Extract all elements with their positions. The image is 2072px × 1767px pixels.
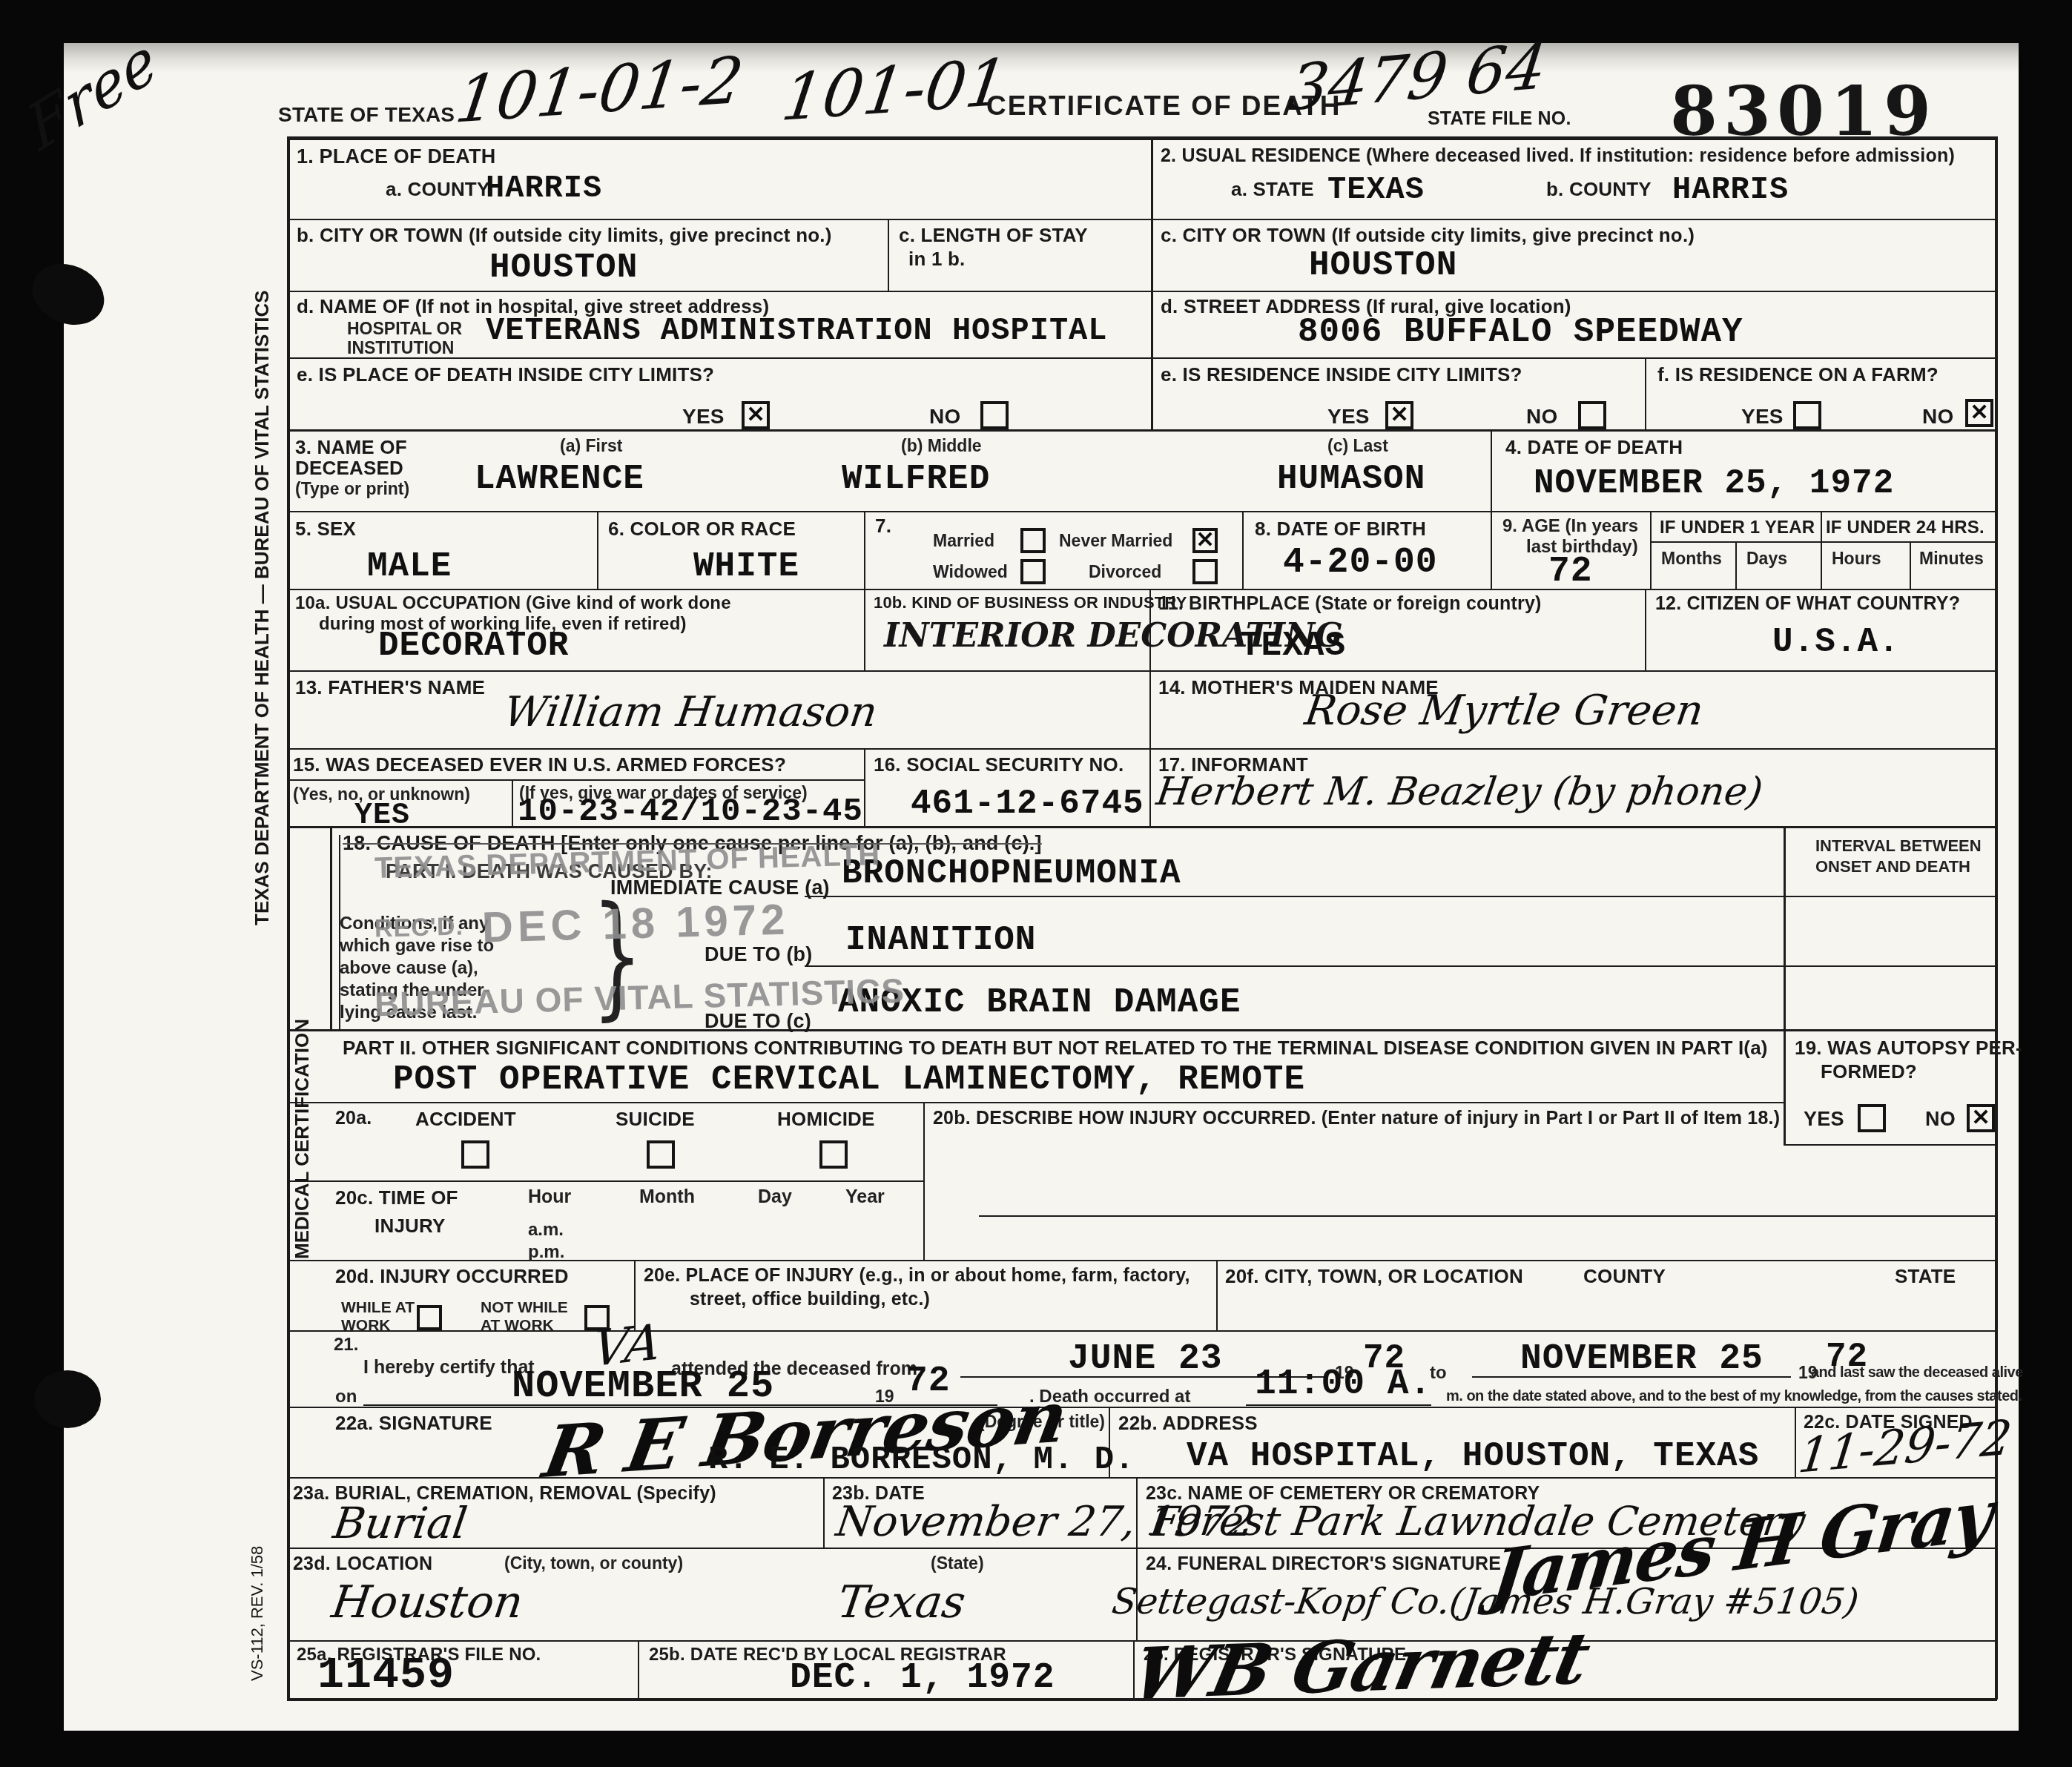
checkbox-death-city-limits-yes	[742, 401, 770, 429]
grid-line	[1645, 357, 1646, 430]
residence-city-value: HOUSTON	[1309, 246, 1457, 285]
yes-label: YES	[1327, 405, 1370, 429]
signature-label: 22a. SIGNATURE	[335, 1412, 492, 1435]
county-value: HARRIS	[486, 171, 602, 206]
stamp-recd-label: REC'D.	[375, 912, 464, 943]
checkbox-suicide	[647, 1140, 675, 1169]
grid-line	[287, 291, 1997, 292]
state-sublabel: (State)	[931, 1553, 984, 1573]
film-edge-bottom	[0, 1731, 2072, 1767]
grid-line	[287, 511, 1997, 512]
grid-line	[597, 511, 598, 589]
checkbox-while-at-work	[417, 1305, 442, 1330]
grid-line	[287, 1029, 1997, 1031]
grid-line	[287, 136, 290, 1700]
physician-address-value: VA HOSPITAL, HOUSTON, TEXAS	[1187, 1437, 1759, 1476]
city-label: b. CITY OR TOWN (If outside city limits,…	[297, 224, 832, 247]
checkbox-death-city-limits-no	[980, 401, 1009, 429]
checkbox-residence-city-limits-no	[1578, 401, 1606, 429]
yes-label: YES	[682, 405, 725, 429]
no-label: NO	[1925, 1108, 1956, 1131]
date-of-birth-label: 8. DATE OF BIRTH	[1255, 518, 1426, 541]
checkbox-accident	[461, 1140, 489, 1169]
stamp-received-date: DEC 18 1972	[481, 895, 790, 953]
date-of-death-value: NOVEMBER 25, 1972	[1534, 464, 1894, 503]
state-of-texas-label: STATE OF TEXAS	[278, 103, 455, 127]
if-under-24-hrs-label: IF UNDER 24 HRS.	[1826, 518, 1984, 538]
marital-status-label: 7.	[875, 515, 891, 538]
grid-line	[1151, 136, 1153, 430]
grid-line	[287, 1180, 923, 1182]
checkbox-autopsy-yes	[1858, 1104, 1886, 1132]
death-time-value: 11:00 A.	[1255, 1364, 1431, 1404]
place-of-death-label: 1. PLACE OF DEATH	[297, 145, 495, 168]
first-name-label: (a) First	[560, 436, 622, 456]
describe-injury-label: 20b. DESCRIBE HOW INJURY OCCURRED. (Ente…	[933, 1108, 1780, 1129]
never-married-label: Never Married	[1059, 531, 1172, 551]
checkbox-widowed	[1020, 559, 1046, 584]
injury-city-label: 20f. CITY, TOWN, OR LOCATION	[1225, 1265, 1523, 1288]
no-label: NO	[1526, 405, 1557, 429]
if-under-1-year-label: IF UNDER 1 YEAR	[1660, 518, 1815, 538]
grid-line	[1821, 511, 1822, 589]
place-of-injury-label-1: 20e. PLACE OF INJURY (e.g., in or about …	[644, 1265, 1190, 1287]
months-label: Months	[1661, 549, 1722, 569]
last-name-value: HUMASON	[1277, 460, 1425, 498]
grid-line	[1246, 1404, 1431, 1406]
grid-line	[287, 219, 1997, 220]
checkbox-residence-farm-no	[1965, 399, 1993, 427]
middle-name-label: (b) Middle	[901, 436, 982, 456]
color-race-label: 6. COLOR OR RACE	[608, 518, 796, 541]
grid-line	[1784, 1144, 1997, 1146]
grid-line	[888, 219, 889, 291]
informant-value: Herbert M. Beazley (by phone)	[1154, 770, 1766, 814]
grid-line	[1650, 541, 1997, 543]
part2-value: POST OPERATIVE CERVICAL LAMINECTOMY, REM…	[393, 1060, 1305, 1099]
city-value: HOUSTON	[489, 248, 638, 287]
birthplace-value: TEXAS	[1240, 627, 1346, 665]
grid-line	[1735, 541, 1737, 589]
armed-forces-label: 15. WAS DECEASED EVER IN U.S. ARMED FORC…	[293, 753, 786, 776]
residence-city-limits-label: e. IS RESIDENCE INSIDE CITY LIMITS?	[1161, 363, 1522, 386]
grid-line	[864, 748, 865, 827]
date-of-birth-value: 4-20-00	[1283, 543, 1438, 583]
grid-line	[805, 896, 1997, 897]
paper-top-shadow	[59, 43, 2022, 73]
funeral-home-value: Settegast-Kopf Co.(James H.Gray #5105)	[1109, 1581, 1861, 1622]
grid-line	[287, 1102, 1784, 1103]
age-value: 72	[1548, 552, 1593, 592]
registrar-signature-handwritten: WB Garnett	[1126, 1617, 1595, 1716]
registrar-file-no-value: 11459	[317, 1651, 455, 1701]
form-code-vertical-label: VS-112, REV. 1/58	[248, 1484, 267, 1681]
mothers-maiden-name-value: Rose Myrtle Green	[1301, 687, 1706, 735]
not-while-at-work-label-2: AT WORK	[481, 1317, 554, 1335]
hospital-value: VETERANS ADMINISTRATION HOSPITAL	[486, 313, 1108, 349]
residence-city-label: c. CITY OR TOWN (If outside city limits,…	[1161, 224, 1695, 247]
hour-label: Hour	[528, 1186, 571, 1208]
grid-line	[1242, 511, 1244, 589]
city-town-county-sublabel: (City, town, or county)	[504, 1553, 683, 1573]
grid-line	[287, 748, 1997, 750]
am-label: a.m.	[528, 1220, 564, 1241]
suicide-label: SUICIDE	[616, 1108, 695, 1131]
time-of-injury-label-2: INJURY	[375, 1215, 446, 1238]
social-security-value: 461-12-6745	[911, 785, 1144, 823]
physician-address-label: 22b. ADDRESS	[1118, 1412, 1258, 1435]
homicide-label: HOMICIDE	[777, 1108, 875, 1131]
ink-blob	[34, 1370, 101, 1428]
fathers-name-label: 13. FATHER'S NAME	[295, 676, 485, 699]
while-at-work-label-1: WHILE AT	[341, 1299, 415, 1317]
age-label: 9. AGE (In years	[1502, 516, 1638, 537]
county-label: a. COUNTY	[386, 178, 489, 201]
deceased-label: DECEASED	[295, 457, 403, 480]
injury-state-label: STATE	[1895, 1265, 1956, 1288]
hours-label: Hours	[1832, 549, 1881, 569]
social-security-label: 16. SOCIAL SECURITY NO.	[874, 753, 1124, 776]
usual-residence-label: 2. USUAL RESIDENCE (Where deceased lived…	[1161, 145, 1955, 167]
business-industry-label: 10b. KIND OF BUSINESS OR INDUSTRY	[874, 593, 1187, 612]
sex-value: MALE	[367, 547, 452, 586]
grid-line	[1216, 1260, 1218, 1332]
checkbox-residence-farm-yes	[1793, 401, 1821, 429]
due-to-b-label: DUE TO (b)	[705, 943, 813, 966]
war-dates-value: 10-23-42/10-23-45	[518, 793, 863, 830]
interval-label-2: ONSET AND DEATH	[1815, 857, 1970, 876]
last-name-label: (c) Last	[1327, 436, 1388, 456]
film-edge-right	[2019, 0, 2072, 1767]
autopsy-label-1: 19. WAS AUTOPSY PER-	[1795, 1037, 2022, 1060]
physician-name-typed: R. E. BORRESON, M. D.	[708, 1441, 1135, 1479]
on-word: on	[335, 1387, 357, 1407]
autopsy-label-2: FORMED?	[1821, 1060, 1917, 1083]
middle-name-value: WILFRED	[842, 460, 990, 498]
time-of-injury-label-1: 20c. TIME OF	[335, 1186, 458, 1209]
type-or-print-label: (Type or print)	[295, 479, 409, 499]
certify-text-1: I hereby certify that	[363, 1357, 535, 1378]
grid-line	[823, 1477, 825, 1549]
checkbox-never-married	[1192, 528, 1218, 553]
residence-state-label: a. STATE	[1231, 178, 1314, 201]
first-name-value: LAWRENCE	[475, 460, 644, 498]
residence-county-value: HARRIS	[1672, 172, 1789, 208]
medical-certification-vertical-label: MEDICAL CERTIFICATION	[291, 1022, 314, 1259]
residence-state-value: TEXAS	[1327, 172, 1425, 208]
grid-line	[638, 1640, 639, 1700]
not-while-at-work-label-1: NOT WHILE	[481, 1299, 568, 1317]
married-label: Married	[933, 531, 994, 551]
citizen-label: 12. CITIZEN OF WHAT COUNTRY?	[1655, 593, 1960, 615]
pm-label: p.m.	[528, 1242, 564, 1263]
grid-line	[287, 589, 1997, 590]
checkbox-homicide	[819, 1140, 848, 1169]
residence-farm-label: f. IS RESIDENCE ON A FARM?	[1657, 363, 1939, 386]
grid-line	[1645, 589, 1646, 671]
attended-to-date: NOVEMBER 25	[1520, 1339, 1763, 1379]
item-21-number: 21.	[334, 1335, 358, 1355]
birthplace-label: 11. BIRTHPLACE (State or foreign country…	[1158, 593, 1542, 615]
grid-line	[287, 779, 865, 781]
part2-label: PART II. OTHER SIGNIFICANT CONDITIONS CO…	[343, 1037, 1768, 1060]
no-label: NO	[929, 405, 960, 429]
date-of-death-label: 4. DATE OF DEATH	[1505, 436, 1683, 459]
agency-vertical-label: TEXAS DEPARTMENT OF HEALTH — BUREAU OF V…	[251, 369, 274, 925]
fathers-name-value: William Humason	[501, 688, 880, 736]
hospital-or-label: HOSPITAL OR	[347, 319, 462, 339]
checkbox-divorced	[1192, 559, 1218, 584]
place-of-injury-label-2: street, office building, etc.)	[690, 1289, 930, 1310]
widowed-label: Widowed	[933, 562, 1008, 582]
funeral-director-label: 24. FUNERAL DIRECTOR'S SIGNATURE	[1146, 1553, 1501, 1575]
burial-state-value: Texas	[834, 1576, 969, 1628]
length-of-stay-label-2: in 1 b.	[908, 248, 966, 271]
yes-label: YES	[1741, 405, 1784, 429]
month-label: Month	[639, 1186, 695, 1208]
occupation-value: DECORATOR	[378, 627, 569, 665]
grid-line	[287, 429, 1997, 432]
interval-label-1: INTERVAL BETWEEN	[1815, 836, 1982, 856]
days-label: Days	[1746, 549, 1787, 569]
occupation-label: 10a. USUAL OCCUPATION (Give kind of work…	[295, 593, 731, 614]
grid-line	[805, 965, 1997, 967]
death-certificate-scan: Free TEXAS DEPARTMENT OF HEALTH — BUREAU…	[0, 0, 2072, 1767]
residence-county-label: b. COUNTY	[1546, 178, 1652, 201]
grid-line	[287, 670, 1997, 672]
grid-line	[1795, 1407, 1796, 1479]
name-of-deceased-label: 3. NAME OF	[295, 436, 407, 459]
year-label: Year	[845, 1186, 885, 1208]
burial-location-label: 23d. LOCATION	[293, 1553, 432, 1575]
grid-line	[864, 511, 865, 671]
grid-line	[1784, 826, 1786, 1146]
certify-tail-text: m. on the date stated above, and to the …	[1446, 1388, 2022, 1405]
date-received-value: DEC. 1, 1972	[790, 1658, 1055, 1698]
last-saw-alive-text: and last saw the deceased alive	[1811, 1364, 2023, 1381]
death-city-limits-label: e. IS PLACE OF DEATH INSIDE CITY LIMITS?	[297, 363, 714, 386]
grid-line	[1910, 541, 1911, 589]
divorced-label: Divorced	[1089, 562, 1161, 582]
armed-forces-value: YES	[354, 799, 410, 833]
while-at-work-label-2: WORK	[341, 1317, 391, 1335]
conditions-note-line: above cause (a),	[340, 958, 478, 979]
accident-label: ACCIDENT	[415, 1108, 516, 1131]
grid-line	[1650, 511, 1652, 589]
to-word: to	[1430, 1363, 1447, 1384]
yes-label: YES	[1804, 1108, 1844, 1131]
burial-city-value: Houston	[329, 1576, 527, 1628]
state-file-no-label: STATE FILE NO.	[1428, 108, 1571, 130]
citizen-value: U.S.A.	[1772, 623, 1900, 661]
checkbox-autopsy-no	[1967, 1104, 1995, 1132]
injury-occurred-label: 20d. INJURY OCCURRED	[335, 1265, 569, 1288]
no-label: NO	[1922, 405, 1953, 429]
street-address-value: 8006 BUFFALO SPEEDWAY	[1298, 313, 1743, 351]
immediate-cause-value: BRONCHOPNEUMONIA	[842, 854, 1181, 893]
color-race-value: WHITE	[693, 547, 799, 586]
attended-from-date: JUNE 23	[1068, 1339, 1223, 1379]
day-label: Day	[758, 1186, 792, 1208]
sex-label: 5. SEX	[295, 518, 356, 541]
grid-line	[512, 779, 513, 827]
length-of-stay-label: c. LENGTH OF STAY	[899, 224, 1088, 247]
grid-line	[330, 826, 332, 1031]
grid-line	[1491, 429, 1492, 589]
grid-line	[979, 1215, 1995, 1217]
checkbox-residence-city-limits-yes	[1385, 401, 1413, 429]
burial-value: Burial	[330, 1498, 470, 1548]
grid-line	[287, 357, 1997, 359]
grid-line	[287, 136, 1997, 140]
institution-label: INSTITUTION	[347, 338, 454, 358]
minutes-label: Minutes	[1919, 549, 1984, 569]
due-to-b-value: INANITION	[845, 921, 1036, 960]
injury-county-label: COUNTY	[1583, 1265, 1666, 1288]
item-20a-number: 20a.	[335, 1108, 372, 1129]
grid-line	[923, 1102, 925, 1261]
film-edge-top	[0, 0, 2072, 43]
checkbox-married	[1020, 528, 1046, 553]
